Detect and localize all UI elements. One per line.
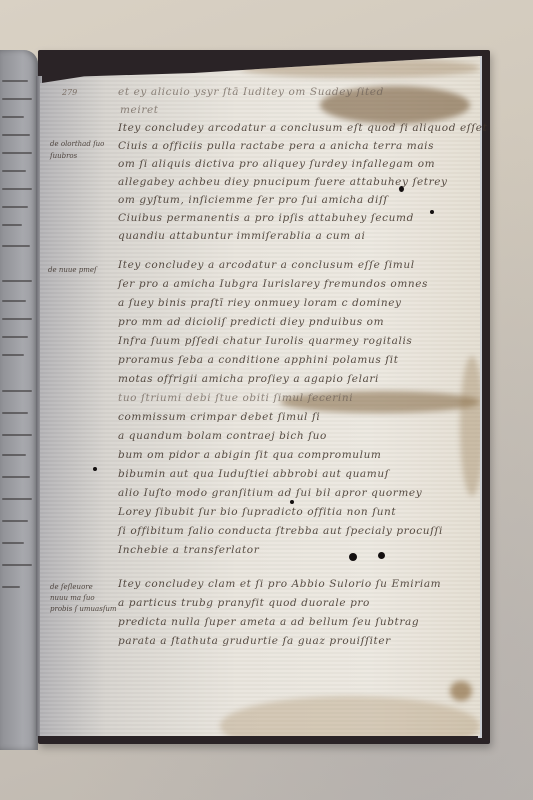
text-line: ſi offibitum ſalio conducta ſtrebba aut … bbox=[118, 525, 443, 537]
margin-note: nuuu ma ſuo bbox=[50, 594, 95, 602]
text-line: bum om pidor a abigin ſit qua compromulu… bbox=[118, 449, 382, 461]
water-stain-bottom bbox=[220, 696, 480, 736]
text-line: meiret bbox=[120, 104, 159, 116]
text-line: Itey concludey a arcodatur a conclusum e… bbox=[118, 259, 415, 271]
text-line: om gyſtum, inſiciemme ſer pro ſui amicha… bbox=[118, 194, 388, 206]
margin-note: de ſeſleuore bbox=[50, 583, 93, 591]
text-line: a ſuey binis praſtī riey onmuey loram c … bbox=[118, 297, 402, 309]
text-line: allegabey achbeu diey pnucipum fuere att… bbox=[118, 176, 448, 188]
margin-note: probis ſ umuasſum bbox=[50, 605, 117, 613]
text-line: tuo ſtriumi debi ſtue obiti ſimul feceri… bbox=[118, 392, 353, 404]
ink-blot bbox=[399, 186, 404, 192]
water-stain-right-edge bbox=[460, 356, 480, 496]
text-line: Itey concludey arcodatur a conclusum eſt… bbox=[118, 122, 487, 134]
margin-note: de nuue pmeſ bbox=[48, 266, 97, 274]
margin-note: ſuubros bbox=[50, 152, 77, 160]
ink-blot bbox=[378, 552, 385, 559]
text-line: pro mm ad dicioliſ predicti diey pnduibu… bbox=[118, 316, 384, 328]
text-line: parata a ſtathuta grudurtie ſa guaz prou… bbox=[118, 635, 391, 647]
text-line: motas offrigii amicha proſiey a agapio ſ… bbox=[118, 373, 379, 385]
text-line: Inchebie a transferlator bbox=[118, 544, 259, 556]
text-line: a quandum bolam contraej bich ſuo bbox=[118, 430, 327, 442]
text-line: Ciuis a officiis pulla ractabe pera a an… bbox=[118, 140, 434, 152]
text-line: a particus trubg pranyfit quod duorale p… bbox=[118, 597, 370, 609]
ink-blot bbox=[93, 467, 97, 471]
text-line: om ſi aliquis dictiva pro aliquey ſurdey… bbox=[118, 158, 435, 170]
folio-number: 279 bbox=[62, 88, 77, 97]
text-line: proramus ſeba a conditione apphini polam… bbox=[118, 354, 399, 366]
text-line: et ey alicuio ysyr ſtā Iuditey om Suadey… bbox=[118, 86, 384, 98]
ink-blot bbox=[290, 500, 294, 504]
text-line: Itey concludey clam et ſi pro Abbio Sulo… bbox=[118, 578, 441, 590]
left-facing-page bbox=[0, 50, 38, 750]
text-line: bibumin aut qua Iuduſtiei abbrobi aut qu… bbox=[118, 468, 389, 480]
text-line: quandiu attabuntur immiſerablia a cum ai bbox=[118, 230, 365, 242]
margin-note: de olorthad ſuo bbox=[50, 140, 104, 148]
text-line: Ciuibus permanentis a pro ipſis attabuhe… bbox=[118, 212, 414, 224]
text-line: alio Iuſto modo granſitium ad ſui bil ap… bbox=[118, 487, 422, 499]
ink-blot bbox=[349, 553, 357, 561]
ink-blot bbox=[430, 210, 434, 214]
text-line: Lorey ſibubit ſur bio ſupradicto offitia… bbox=[118, 506, 396, 518]
water-stain-bottom-right bbox=[450, 681, 472, 701]
text-line: predicta nulla ſuper ameta a ad bellum ſ… bbox=[118, 616, 419, 628]
text-line: Infra ſuum pſſedi chatur Iurolis quarmey… bbox=[118, 335, 412, 347]
text-line: ſer pro a amicha Iubgra Iurislarey fremu… bbox=[118, 278, 428, 290]
text-line: commissum crimpar debet ſimul ſi bbox=[118, 411, 320, 423]
